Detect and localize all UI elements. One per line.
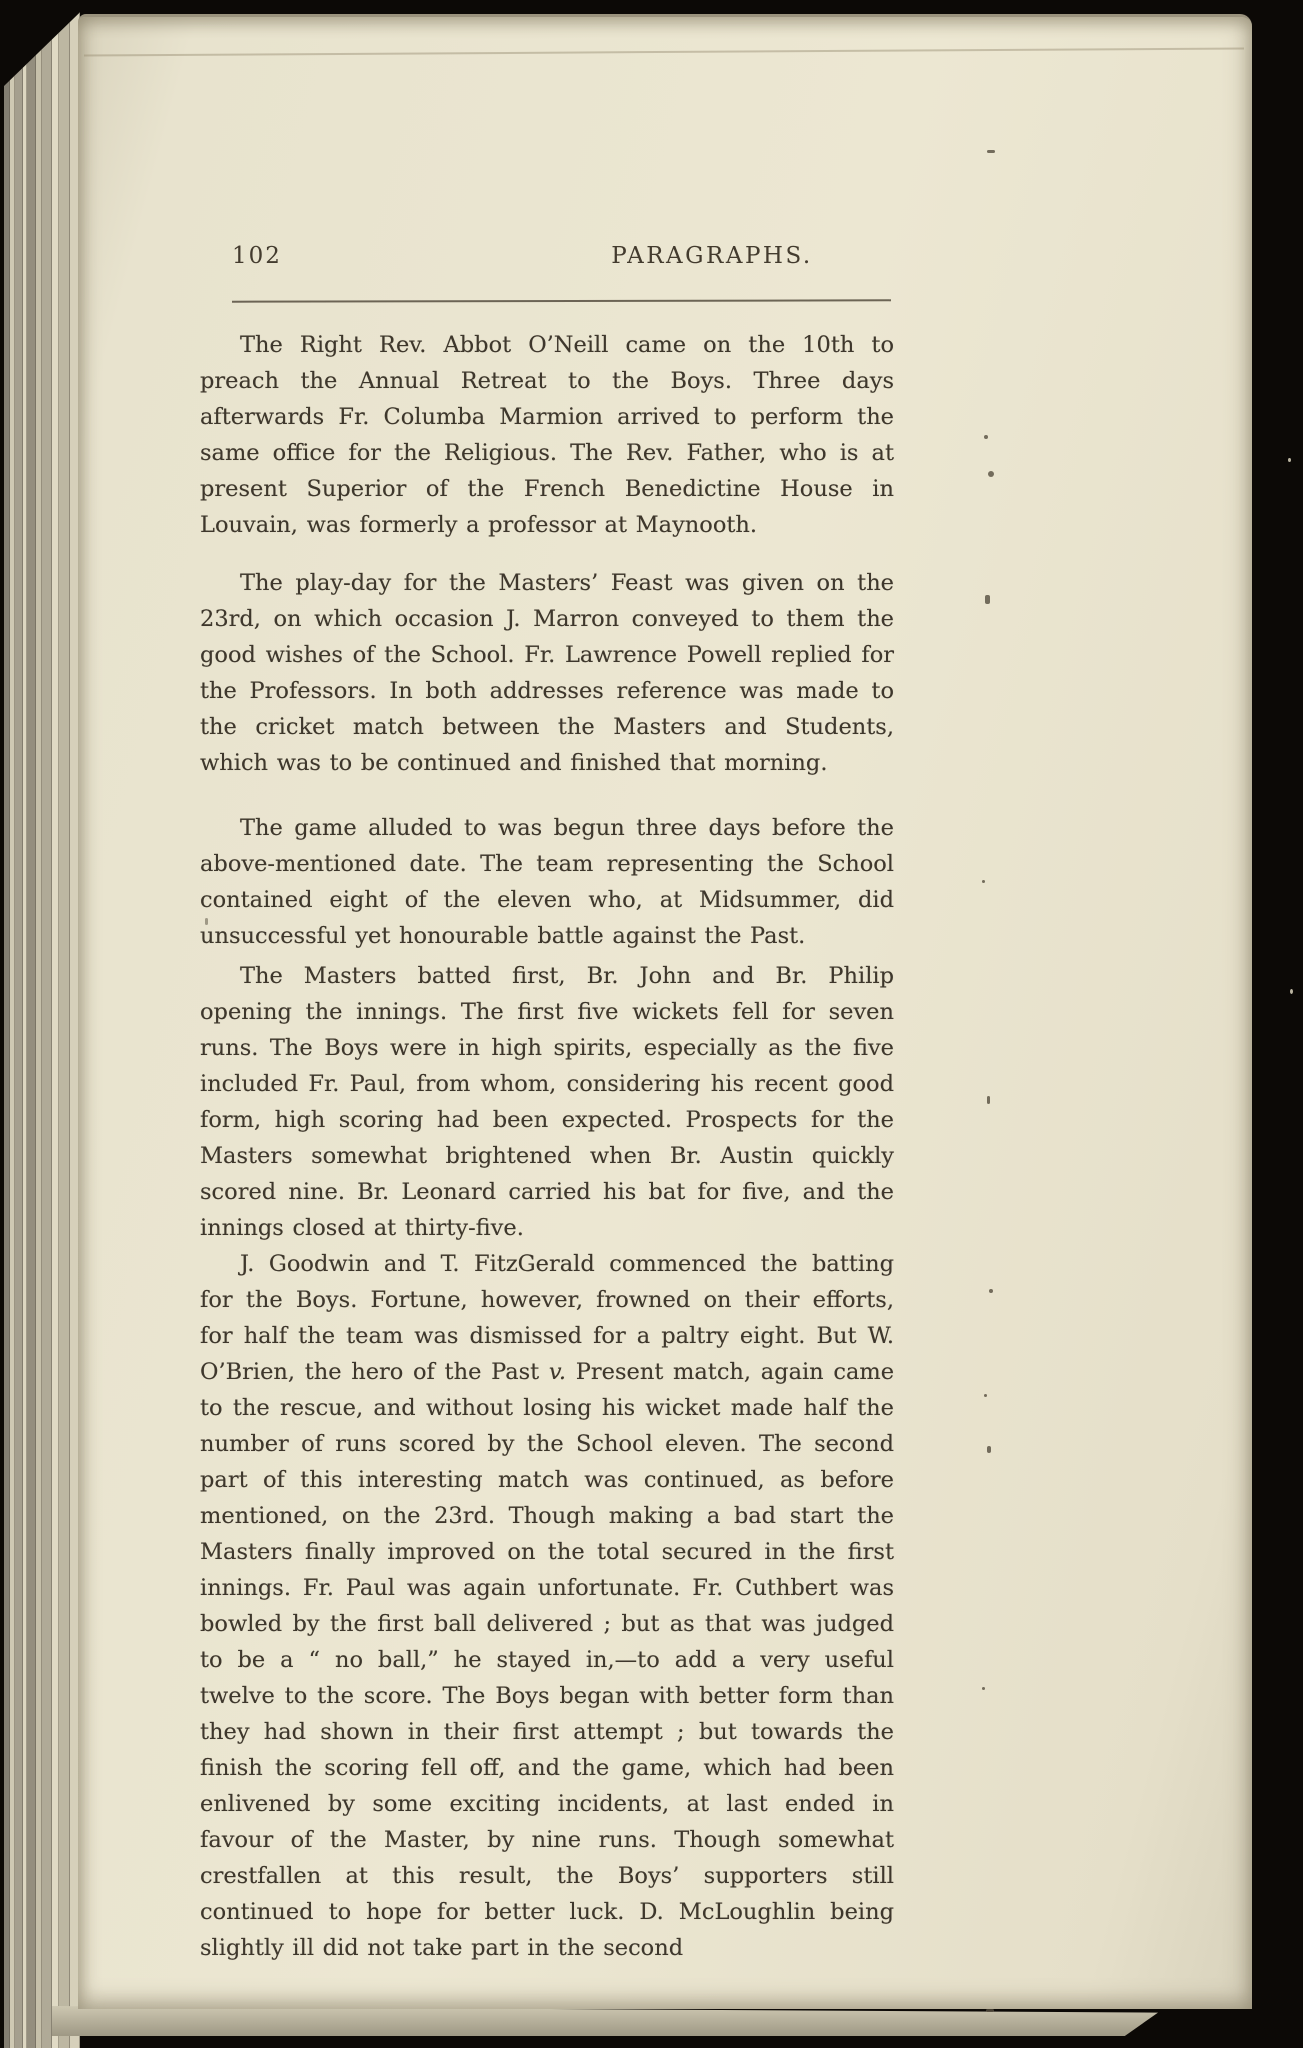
ink-speck [985,595,990,604]
ink-speck [205,918,208,925]
versus-italic: v. [549,1359,566,1385]
dust-speck [1290,989,1293,994]
ink-speck [984,1394,987,1397]
paragraph-4: The Masters batted first, Br. John and B… [200,958,894,1246]
ink-speck [987,150,995,153]
page-number: 102 [232,243,282,269]
paragraph-3: The game alluded to was begun three days… [200,810,894,954]
book-scan: 102 PARAGRAPHS. The Right Rev. Abbot O’N… [0,0,1303,2048]
running-header: PARAGRAPHS. [532,243,892,269]
page-edge-strip [59,0,70,2048]
page-edge-strip [42,0,52,2048]
ink-speck [989,1289,993,1293]
page-edges-left [4,0,80,2048]
page-top-crease [84,47,1244,56]
book-page: 102 PARAGRAPHS. The Right Rev. Abbot O’N… [78,14,1252,2009]
page-header: 102 PARAGRAPHS. [200,243,894,273]
ink-speck [987,1096,990,1104]
dust-speck [1288,458,1291,462]
ink-speck [982,1687,985,1690]
page-edge-strip [15,0,23,2048]
page-body: The Right Rev. Abbot O’Neill came on the… [200,327,894,1966]
paragraph-5: J. Goodwin and T. FitzGerald commenced t… [200,1246,894,1966]
paragraph-1: The Right Rev. Abbot O’Neill came on the… [200,327,894,543]
page-edge-strip [52,0,59,2048]
ink-speck [986,2009,994,2012]
ink-speck [984,435,988,439]
header-rule [232,299,891,302]
paragraph-5-text: Present match, again came to the rescue,… [200,1359,894,1961]
paragraph-2: The play-day for the Masters’ Feast was … [200,565,894,781]
page-edge-strip [27,0,36,2048]
ink-speck [987,1446,991,1453]
ink-speck [982,880,985,883]
ink-speck [988,471,994,477]
